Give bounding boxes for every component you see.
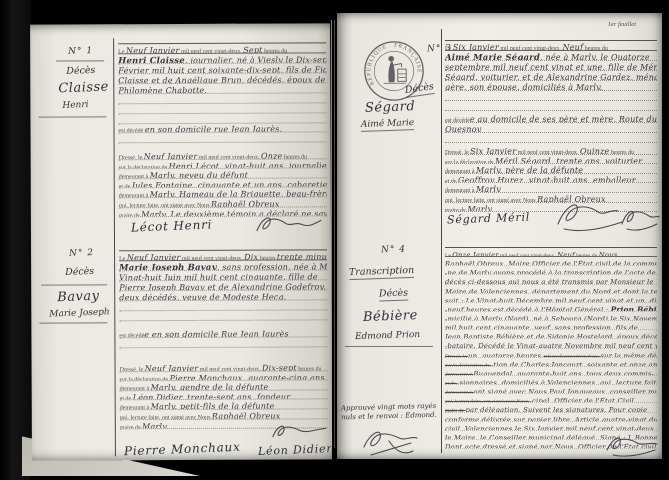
death-record-entry-2: N° 2 Décès Bavay Marie Joseph Le Neuf Ja…: [30, 23, 330, 24]
printed-form-text: maire de: [119, 213, 141, 218]
form-line: Ségard, voiturier, et de Alexandrine Gar…: [445, 71, 657, 81]
deceased-given-names: Aimé Marie: [361, 118, 415, 132]
form-line: Maire de Valenciennes, département du No…: [445, 285, 657, 294]
record-opening-lines: Le Six Janvier mil neuf cent vingt-deux,…: [445, 40, 657, 111]
form-line: Le Six Janvier mil neuf cent vingt-deux,…: [445, 41, 657, 51]
handwritten-text: e au domicile de ses père et mère, Route…: [470, 115, 657, 123]
printed-form-text: maire de: [445, 208, 467, 213]
witness-signature: Lécot Henri: [131, 217, 213, 234]
record-type-label: Décès: [66, 65, 95, 77]
margin-divider-line: [441, 29, 442, 453]
witness-signature: Léon Didier: [258, 442, 332, 458]
deceased-surname: Ségard: [365, 99, 416, 116]
seal-figure-head: [388, 56, 394, 62]
handwritten-text: Neuf Janvier: [127, 253, 181, 261]
page-edge-line: [334, 20, 335, 448]
form-line: mil huit cent cinquante, veuf, sans prof…: [445, 321, 657, 330]
record-opening-lines: Le Neuf Janvier mil neuf cent vingt-deux…: [118, 42, 326, 124]
margin-rule-line: [41, 284, 107, 285]
form-line: qui, lecture faite, ont signé avec Nous …: [445, 394, 657, 403]
death-location-lines: est décédée en son domicile Rue Jean Jau…: [119, 327, 327, 348]
deceased-given-names: Henri: [62, 100, 89, 111]
form-line: est décédée au domicile de ses père et m…: [445, 113, 657, 123]
signature-flourish: [552, 196, 628, 236]
death-record-entry-1: N° 1 Décès Claisse Henri Le Neuf Janvier…: [30, 23, 330, 24]
form-line: [445, 101, 657, 111]
handwritten-text: Marly: [476, 185, 501, 193]
form-line: décès ci-dessous qui nous a été transmis…: [445, 275, 657, 284]
form-line: maire de par délégation. Suivent les sig…: [445, 403, 657, 412]
death-location-lines: est décédé en son domicile rue Jean Jaur…: [118, 122, 326, 143]
left-register-page: N° 1 Décès Claisse Henri Le Neuf Janvier…: [30, 23, 332, 460]
form-line: -micilié à Marly (Nord), né à Sebourg (N…: [445, 312, 657, 321]
deceased-surname: Bébière: [363, 308, 418, 325]
declaration-lines: Dressé, le Neuf Janvier mil neuf cent vi…: [120, 361, 328, 429]
signature-flourish: [603, 433, 661, 459]
signature-flourish: [270, 421, 330, 441]
form-line: Quesnoy: [445, 123, 657, 133]
handwritten-text: Quinze: [580, 147, 610, 155]
form-line: suit : Le Vingt-huit Décembre mil neuf c…: [445, 294, 657, 303]
form-line: -bataire. Décédé le Vingt-quatre Novembr…: [445, 339, 657, 348]
record-type-label-2: Décès: [379, 287, 408, 301]
form-line: demeurant à Buquendal, quarante-huit ans…: [445, 367, 657, 376]
handwritten-text: Quesnoy: [445, 125, 481, 133]
form-line: -neuf heures est décédé à l'Hôpital Géné…: [445, 303, 657, 312]
record-opening-lines: Le Neuf Janvier mil neuf cent vingt-deux…: [119, 249, 327, 321]
witness-signature: Ségard Méril: [447, 211, 531, 227]
entry-number-label: N° 2: [69, 248, 94, 259]
handwritten-text: Aimé Marie Ségard: [445, 53, 540, 61]
witness-signature: Pierre Monchaux: [124, 440, 241, 459]
form-line: Jean Baptiste Bébière et de Sidonie Host…: [445, 330, 657, 339]
sheet-number-label: 1er feuillet: [608, 21, 636, 28]
form-line: civil, Valenciennes le Six Janvier mil n…: [445, 422, 657, 431]
signature-flourish: [619, 204, 661, 234]
margin-rule-line: [38, 116, 106, 117]
handwritten-text: Six Janvier: [470, 147, 516, 155]
death-location-lines: est décédée au domicile de ses père et m…: [445, 113, 657, 143]
margin-rule-line: [39, 322, 107, 323]
form-line: demeurant à ont signé avec Nous Paul Jon…: [445, 385, 657, 394]
entry-number-label: N° 4: [381, 245, 406, 256]
form-line: gère, son épouse, domiciliés à Marly.: [445, 81, 657, 91]
signature-flourish: [253, 211, 325, 237]
approval-note-line: nuls et le renvoi : Edmond.: [341, 411, 445, 423]
deceased-given-names: Marie Joseph: [49, 307, 110, 319]
deceased-given-names: Edmond Prion: [355, 330, 420, 342]
declaration-lines: Dressé, le Neuf Janvier mil neuf cent vi…: [119, 149, 327, 217]
form-line: [119, 337, 327, 348]
form-line: [119, 310, 327, 321]
handwritten-text: Neuf Janvier: [126, 46, 180, 54]
transcription-body-lines: Le Onze Janvier mil neuf cent vingt-deux…: [445, 247, 657, 449]
margin-rule-line: [345, 346, 433, 347]
form-line: Raphaël Obreux, Maire Officier de l'État…: [445, 257, 657, 266]
form-line: [119, 132, 327, 143]
form-line: [445, 133, 657, 143]
handwritten-text: gère, son épouse, domiciliés à Marly.: [445, 83, 603, 91]
form-line: septembre mil neuf cent vingt et une, fi…: [445, 61, 657, 71]
form-line: Dressé, le un, quatorze heures mil neuf …: [445, 349, 657, 358]
page-edge-line: [331, 20, 332, 448]
margin-divider-line: [113, 38, 116, 456]
handwritten-text: Prion Bébière: [611, 305, 657, 312]
form-line: sur la déclaration de Méril Ségard, tren…: [445, 155, 657, 165]
handwritten-text: Neuf: [563, 43, 584, 51]
register-scan: N° 1 Décès Claisse Henri Le Neuf Janvier…: [0, 0, 669, 480]
margin-approval-note: Approuvé vingt mots rayés nuls et le ren…: [341, 402, 445, 423]
deceased-surname: Claisse: [58, 79, 109, 96]
margin-rule-line: [56, 60, 104, 61]
handwritten-text: Ségard, voiturier, et de Alexandrine Gar…: [445, 73, 657, 81]
handwritten-text: septembre mil neuf cent vingt et une, fi…: [445, 63, 657, 71]
form-line: et de -sionnaires, domiciliés à Valencie…: [445, 376, 657, 385]
record-type-label: Décès: [65, 266, 94, 278]
handwritten-text: Geoffroy Hurez, vingt-huit ans, emballeu…: [458, 176, 636, 184]
right-register-page: 1er feuillet RÉPUBLIQUE FRANÇAISE: [337, 13, 662, 459]
form-line: -ne de Marly avons procédé à la transcri…: [445, 266, 657, 275]
handwritten-text: Méril Ségard, trente ans, voiturier: [495, 157, 642, 165]
handwritten-text: Marly.: [142, 422, 169, 430]
record-type-label: Décès: [404, 81, 435, 98]
handwritten-text: Six Janvier: [453, 43, 499, 51]
form-line: sur la déclaration de -tion de Charles J…: [445, 358, 657, 367]
form-line: Dressé, le Six Janvier mil neuf cent vin…: [445, 145, 657, 155]
form-line: conforme délivrée sur papier libre, Arti…: [445, 413, 657, 422]
signature-flourish: [359, 425, 423, 459]
deceased-surname: Bavay: [57, 289, 100, 306]
form-line: demeurant à Marly, père de la défunte: [445, 164, 657, 174]
form-line: [445, 91, 657, 101]
handwritten-text: Marly, père de la défunte: [476, 166, 583, 174]
record-type-label: Transcription: [349, 265, 415, 280]
form-line: demeurant à Marly: [445, 183, 657, 193]
handwritten-text: Henri Claisse: [118, 56, 185, 64]
entry-number-label: N° 1: [68, 46, 93, 57]
printed-form-text: maire de: [120, 425, 142, 430]
form-line: et de Geoffroy Hurez, vingt-huit ans, em…: [445, 174, 657, 184]
handwritten-text: , née à Marly, le Quatorze: [540, 53, 650, 61]
form-line: Aimé Marie Ségard, née à Marly, le Quato…: [445, 51, 657, 61]
form-line: Le Onze Janvier mil neuf cent vingt-deux…: [445, 248, 657, 257]
